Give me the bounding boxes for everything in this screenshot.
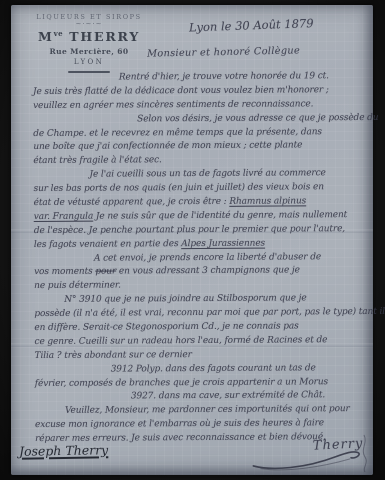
letter-line: A cet envoi, je prends encore la liberté… [34,251,364,267]
letter-line: Je suis très flatté de la dédicace dont … [33,84,363,100]
letterhead: LIQUEURS ET SIROPS ~·~·~ Mve THERRY Rue … [25,13,153,73]
letter-line: 3912 Polyp. dans des fagots courant un t… [35,362,365,378]
scanned-letter-image: LIQUEURS ET SIROPS ~·~·~ Mve THERRY Rue … [0,0,385,480]
letter-paper: LIQUEURS ET SIROPS ~·~·~ Mve THERRY Rue … [11,5,373,475]
margin-ink-flourish-icon [357,433,371,473]
letterhead-name: Mve THERRY [25,29,153,44]
dateline: Lyon le 30 Août 1879 [189,16,329,35]
letter-line: ce genre. Cueilli sur un radeau hors l'e… [34,334,364,350]
letter-line: possède (il n'a été, il est vrai, reconn… [34,306,364,322]
signature-flourish-icon [250,446,369,474]
letter-line: de l'espèce. Je penche pourtant plus pou… [34,223,364,239]
letter-line: de Champe. et le recevrez en même temps … [33,126,363,142]
letterhead-address: Rue Mercière, 60 [25,47,153,56]
archival-annotation: Joseph Therry [19,442,108,459]
letter-body: Rentré d'hier, je trouve votre honorée d… [33,70,365,447]
salutation: Monsieur et honoré Collègue [147,45,300,59]
letter-line: Selon vos désirs, je vous adresse ce que… [33,112,363,128]
letterhead-ornament: ~·~·~ [25,21,153,27]
letterhead-city: LYON [25,58,153,66]
letter-line: sur les bas ports de nos quais (en juin … [34,181,364,197]
